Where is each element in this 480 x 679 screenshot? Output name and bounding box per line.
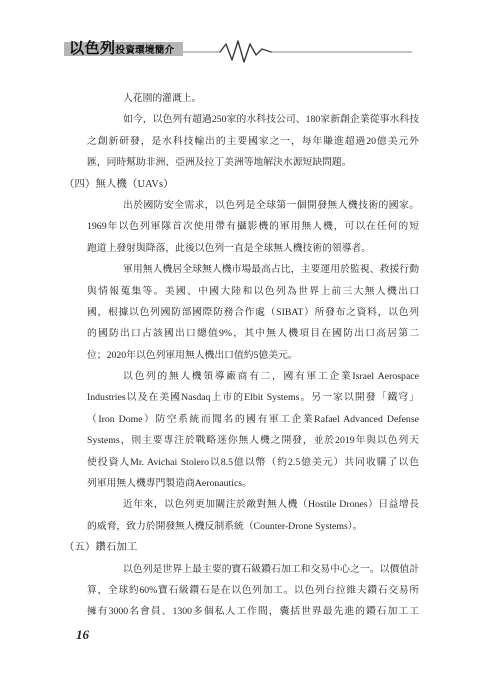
text-line: 出於國防安全需求，以色列是全球第一個開發無人機技術的國家。: [123, 195, 419, 216]
text-line: 軍用無人機居全球無人機市場最高占比，主要運用於監視、救援行動: [123, 259, 419, 280]
text-line: 的國防出口占該國出口總值9%，其中無人機項目在國防出口高居第二: [87, 323, 419, 344]
text-line: （Iron Dome）防空系統而聞名的國有軍工企業Rafael Advanced…: [87, 409, 419, 430]
text-line: 擁有3000名會員、1300多個私人工作間，囊括世界最先進的鑽石加工工: [87, 601, 419, 622]
text-line: 1969年以色列軍隊首次使用帶有攝影機的軍用無人機，可以在任何的短: [87, 216, 419, 237]
text-line: Industries以及在美國Nasdaq上市的Elbit Systems。另一…: [87, 387, 419, 408]
document-page: 以色列投資環境簡介 人花園的灌溉上。如今，以色列有超過250家的水科技公司、18…: [0, 0, 480, 679]
page-number: 16: [76, 627, 89, 643]
text-line: 列軍用無人機專門製造商Aeronautics。: [87, 473, 419, 494]
text-line: 位；2020年以色列軍用無人機出口值約5億美元。: [87, 345, 419, 366]
text-line: Systems，則主要專注於戰略迷你無人機之開發，並於2019年與以色列天: [87, 430, 419, 451]
text-line: 匯，同時幫助非洲、亞洲及拉丁美洲等地解決水源短缺問題。: [87, 152, 419, 173]
text-line: 的威脅，致力於開發無人機反制系統（Counter-Drone Systems）。: [87, 516, 419, 537]
text-line: 使投資人Mr. Avichai Stolero以8.5億以幣（約2.5億美元）共…: [87, 452, 419, 473]
section-heading: （五）鑽石加工: [64, 537, 419, 558]
text-line: 以色列的無人機領導廠商有二，國有軍工企業Israel Aerospace: [123, 366, 419, 387]
body-text: 人花園的灌溉上。如今，以色列有超過250家的水科技公司、180家新創企業從事水科…: [0, 88, 480, 623]
text-line: 國，根據以色列國防部國際防務合作處（SIBAT）所發布之資料，以色列: [87, 302, 419, 323]
text-line: 以色列是世界上最主要的寶石級鑽石加工和交易中心之一。以價值計: [123, 559, 419, 580]
text-line: 之創新研發，是水科技輸出的主要國家之一，每年賺進超過20億美元外: [87, 131, 419, 152]
text-line: 與情報蒐集等。美國、中國大陸和以色列為世界上前三大無人機出口: [87, 281, 419, 302]
text-line: 如今，以色列有超過250家的水科技公司、180家新創企業從事水科技: [123, 109, 419, 130]
text-line: 算，全球約60%寶石級鑽石是在以色列加工。以色列台拉維夫鑽石交易所: [87, 580, 419, 601]
heartbeat-pulse-line-icon: [183, 39, 413, 65]
chapter-header-band: 以色列投資環境簡介: [64, 42, 183, 56]
chapter-title: 以色列: [69, 42, 116, 56]
text-line: 近年來，以色列更加關注於敵對無人機（Hostile Drones）日益增長: [123, 494, 419, 515]
section-heading: （四）無人機（UAVs）: [64, 174, 419, 195]
text-line: 人花園的灌溉上。: [123, 88, 419, 109]
text-line: 跑道上發射與降落，此後以色列一直是全球無人機技術的領導者。: [87, 238, 419, 259]
chapter-subtitle: 投資環境簡介: [116, 44, 175, 58]
